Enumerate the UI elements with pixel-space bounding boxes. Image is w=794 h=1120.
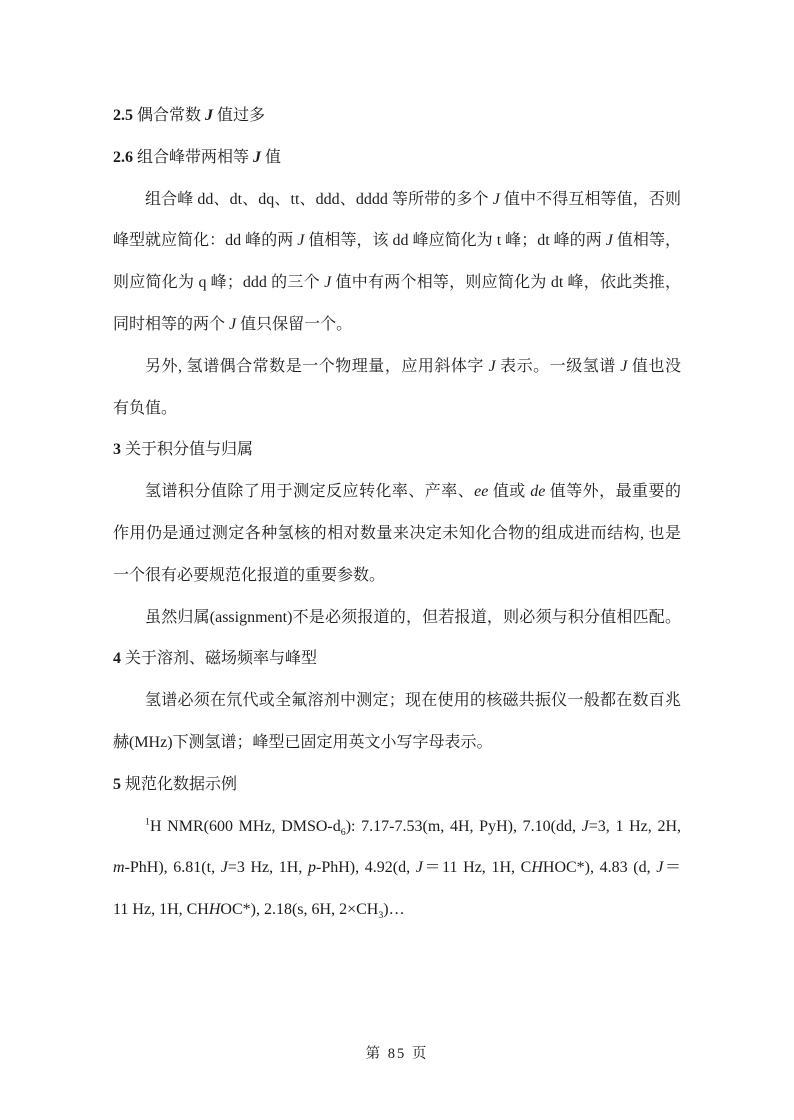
text-segment: 赫(MHz)下测氢谱；峰型已固定用英文小写字母表示。 (113, 734, 493, 751)
text-segment: HOC*), 4.83 (d, (543, 859, 656, 876)
text-segment: H (209, 901, 221, 918)
text-segment: 一个很有必要规范化报道的重要参数。 (113, 567, 385, 584)
heading-3: 3 关于积分值与归属 (113, 429, 681, 471)
text-segment: 值相等，该 dd 峰应简化为 t 峰；dt 峰的两 (304, 232, 605, 249)
text-segment: 值或 (488, 483, 530, 500)
paragraph-line: 组合峰 dd、dt、dq、tt、ddd、dddd 等所带的多个 J 值中不得互相… (113, 179, 681, 221)
text-segment: =3 Hz, 1H, (228, 859, 308, 876)
text-segment: J (488, 358, 495, 375)
text-segment: 值 (261, 149, 281, 166)
document-body: 2.5 偶合常数 J 值过多2.6 组合峰带两相等 J 值组合峰 dd、dt、d… (113, 95, 681, 931)
paragraph-line: 同时相等的两个 J 值只保留一个。 (113, 304, 681, 346)
text-segment: 规范化数据示例 (121, 776, 237, 793)
paragraph-line: 一个很有必要规范化报道的重要参数。 (113, 555, 681, 597)
text-segment: 组合峰带两相等 (133, 149, 253, 166)
paragraph-line: 1H NMR(600 MHz, DMSO-d6): 7.17-7.53(m, 4… (113, 806, 681, 848)
heading-2-6: 2.6 组合峰带两相等 J 值 (113, 137, 681, 179)
text-segment: ): 7.17-7.53(m, 4H, PyH), 7.10(dd, (346, 818, 582, 835)
text-segment: ee (474, 483, 488, 500)
text-segment: J (221, 859, 228, 876)
paragraph-line: 则应简化为 q 峰；ddd 的三个 J 值中有两个相等，则应简化为 dt 峰，依… (113, 262, 681, 304)
text-segment: 5 (113, 776, 121, 793)
page-number: 第 85 页 (0, 1043, 794, 1065)
text-segment: ＝11 Hz, 1H, C (423, 859, 532, 876)
text-segment: 组合峰 dd、dt、dq、tt、ddd、dddd 等所带的多个 (145, 191, 493, 208)
text-segment: 2.5 (113, 107, 133, 124)
text-segment: 则应简化为 q 峰；ddd 的三个 (113, 274, 324, 291)
text-segment: 值中有两个相等，则应简化为 dt 峰，依此类推， (331, 274, 681, 291)
text-segment: J (493, 191, 500, 208)
text-segment: -PhH), 6.81(t, (125, 859, 221, 876)
text-segment: J (205, 107, 213, 124)
text-segment: 11 Hz, 1H, CH (113, 901, 209, 918)
paragraph-line: 氢谱必须在氘代或全氟溶剂中测定；现在使用的核磁共振仪一般都在数百兆 (113, 680, 681, 722)
text-segment: 值只保留一个。 (236, 316, 352, 333)
text-segment: 有负值。 (113, 400, 177, 417)
document-page: 2.5 偶合常数 J 值过多2.6 组合峰带两相等 J 值组合峰 dd、dt、d… (0, 0, 794, 1120)
text-segment: ＝ (663, 859, 681, 876)
text-segment: 虽然归属(assignment)不是必须报道的，但若报道，则必须与积分值相匹配。 (145, 609, 681, 626)
text-segment: 4 (113, 650, 121, 667)
heading-5: 5 规范化数据示例 (113, 764, 681, 806)
text-segment: 氢谱必须在氘代或全氟溶剂中测定；现在使用的核磁共振仪一般都在数百兆 (145, 692, 681, 709)
text-segment: H (531, 859, 543, 876)
text-segment: 关于溶剂、磁场频率与峰型 (121, 650, 317, 667)
paragraph-line: 作用仍是通过测定各种氢核的相对数量来决定未知化合物的组成进而结构, 也是 (113, 513, 681, 555)
text-segment: 另外, 氢谱偶合常数是一个物理量，应用斜体字 (145, 358, 488, 375)
paragraph-line: 另外, 氢谱偶合常数是一个物理量，应用斜体字 J 表示。一级氢谱 J 值也没 (113, 346, 681, 388)
text-segment: J (582, 818, 589, 835)
text-segment: 表示。一级氢谱 (496, 358, 621, 375)
text-segment: 峰型就应简化：dd 峰的两 (113, 232, 297, 249)
text-segment: 值相等， (613, 232, 681, 249)
text-segment: H NMR(600 MHz, DMSO-d (150, 818, 341, 835)
paragraph-line: 虽然归属(assignment)不是必须报道的，但若报道，则必须与积分值相匹配。 (113, 597, 681, 639)
text-segment: 作用仍是通过测定各种氢核的相对数量来决定未知化合物的组成进而结构, 也是 (113, 525, 681, 542)
heading-4: 4 关于溶剂、磁场频率与峰型 (113, 638, 681, 680)
text-segment: 氢谱积分值除了用于测定反应转化率、产率、 (145, 483, 474, 500)
text-segment: 2.6 (113, 149, 133, 166)
paragraph-line: 有负值。 (113, 388, 681, 430)
text-segment: 值过多 (213, 107, 265, 124)
text-segment: =3, 1 Hz, 2H, (589, 818, 681, 835)
text-segment: 值也没 (627, 358, 681, 375)
text-segment: OC*), 2.18(s, 6H, 2×CH (220, 901, 378, 918)
text-segment: J (416, 859, 423, 876)
text-segment: m (113, 859, 125, 876)
text-segment: 关于积分值与归属 (121, 441, 253, 458)
text-segment: p (308, 859, 316, 876)
paragraph-line: 氢谱积分值除了用于测定反应转化率、产率、ee 值或 de 值等外，最重要的 (113, 471, 681, 513)
text-segment: 值中不得互相等值，否则 (500, 191, 681, 208)
text-segment: -PhH), 4.92(d, (316, 859, 416, 876)
text-segment: de (530, 483, 545, 500)
paragraph-line: 11 Hz, 1H, CHHOC*), 2.18(s, 6H, 2×CH3)… (113, 889, 681, 931)
heading-2-5: 2.5 偶合常数 J 值过多 (113, 95, 681, 137)
text-segment: 值等外，最重要的 (545, 483, 681, 500)
paragraph-line: 赫(MHz)下测氢谱；峰型已固定用英文小写字母表示。 (113, 722, 681, 764)
text-segment: J (253, 149, 261, 166)
paragraph-line: 峰型就应简化：dd 峰的两 J 值相等，该 dd 峰应简化为 t 峰；dt 峰的… (113, 220, 681, 262)
text-segment: 同时相等的两个 (113, 316, 229, 333)
text-segment: J (606, 232, 613, 249)
text-segment: 偶合常数 (133, 107, 205, 124)
paragraph-line: m-PhH), 6.81(t, J=3 Hz, 1H, p-PhH), 4.92… (113, 847, 681, 889)
text-segment: 3 (113, 441, 121, 458)
text-segment: )… (383, 901, 404, 918)
